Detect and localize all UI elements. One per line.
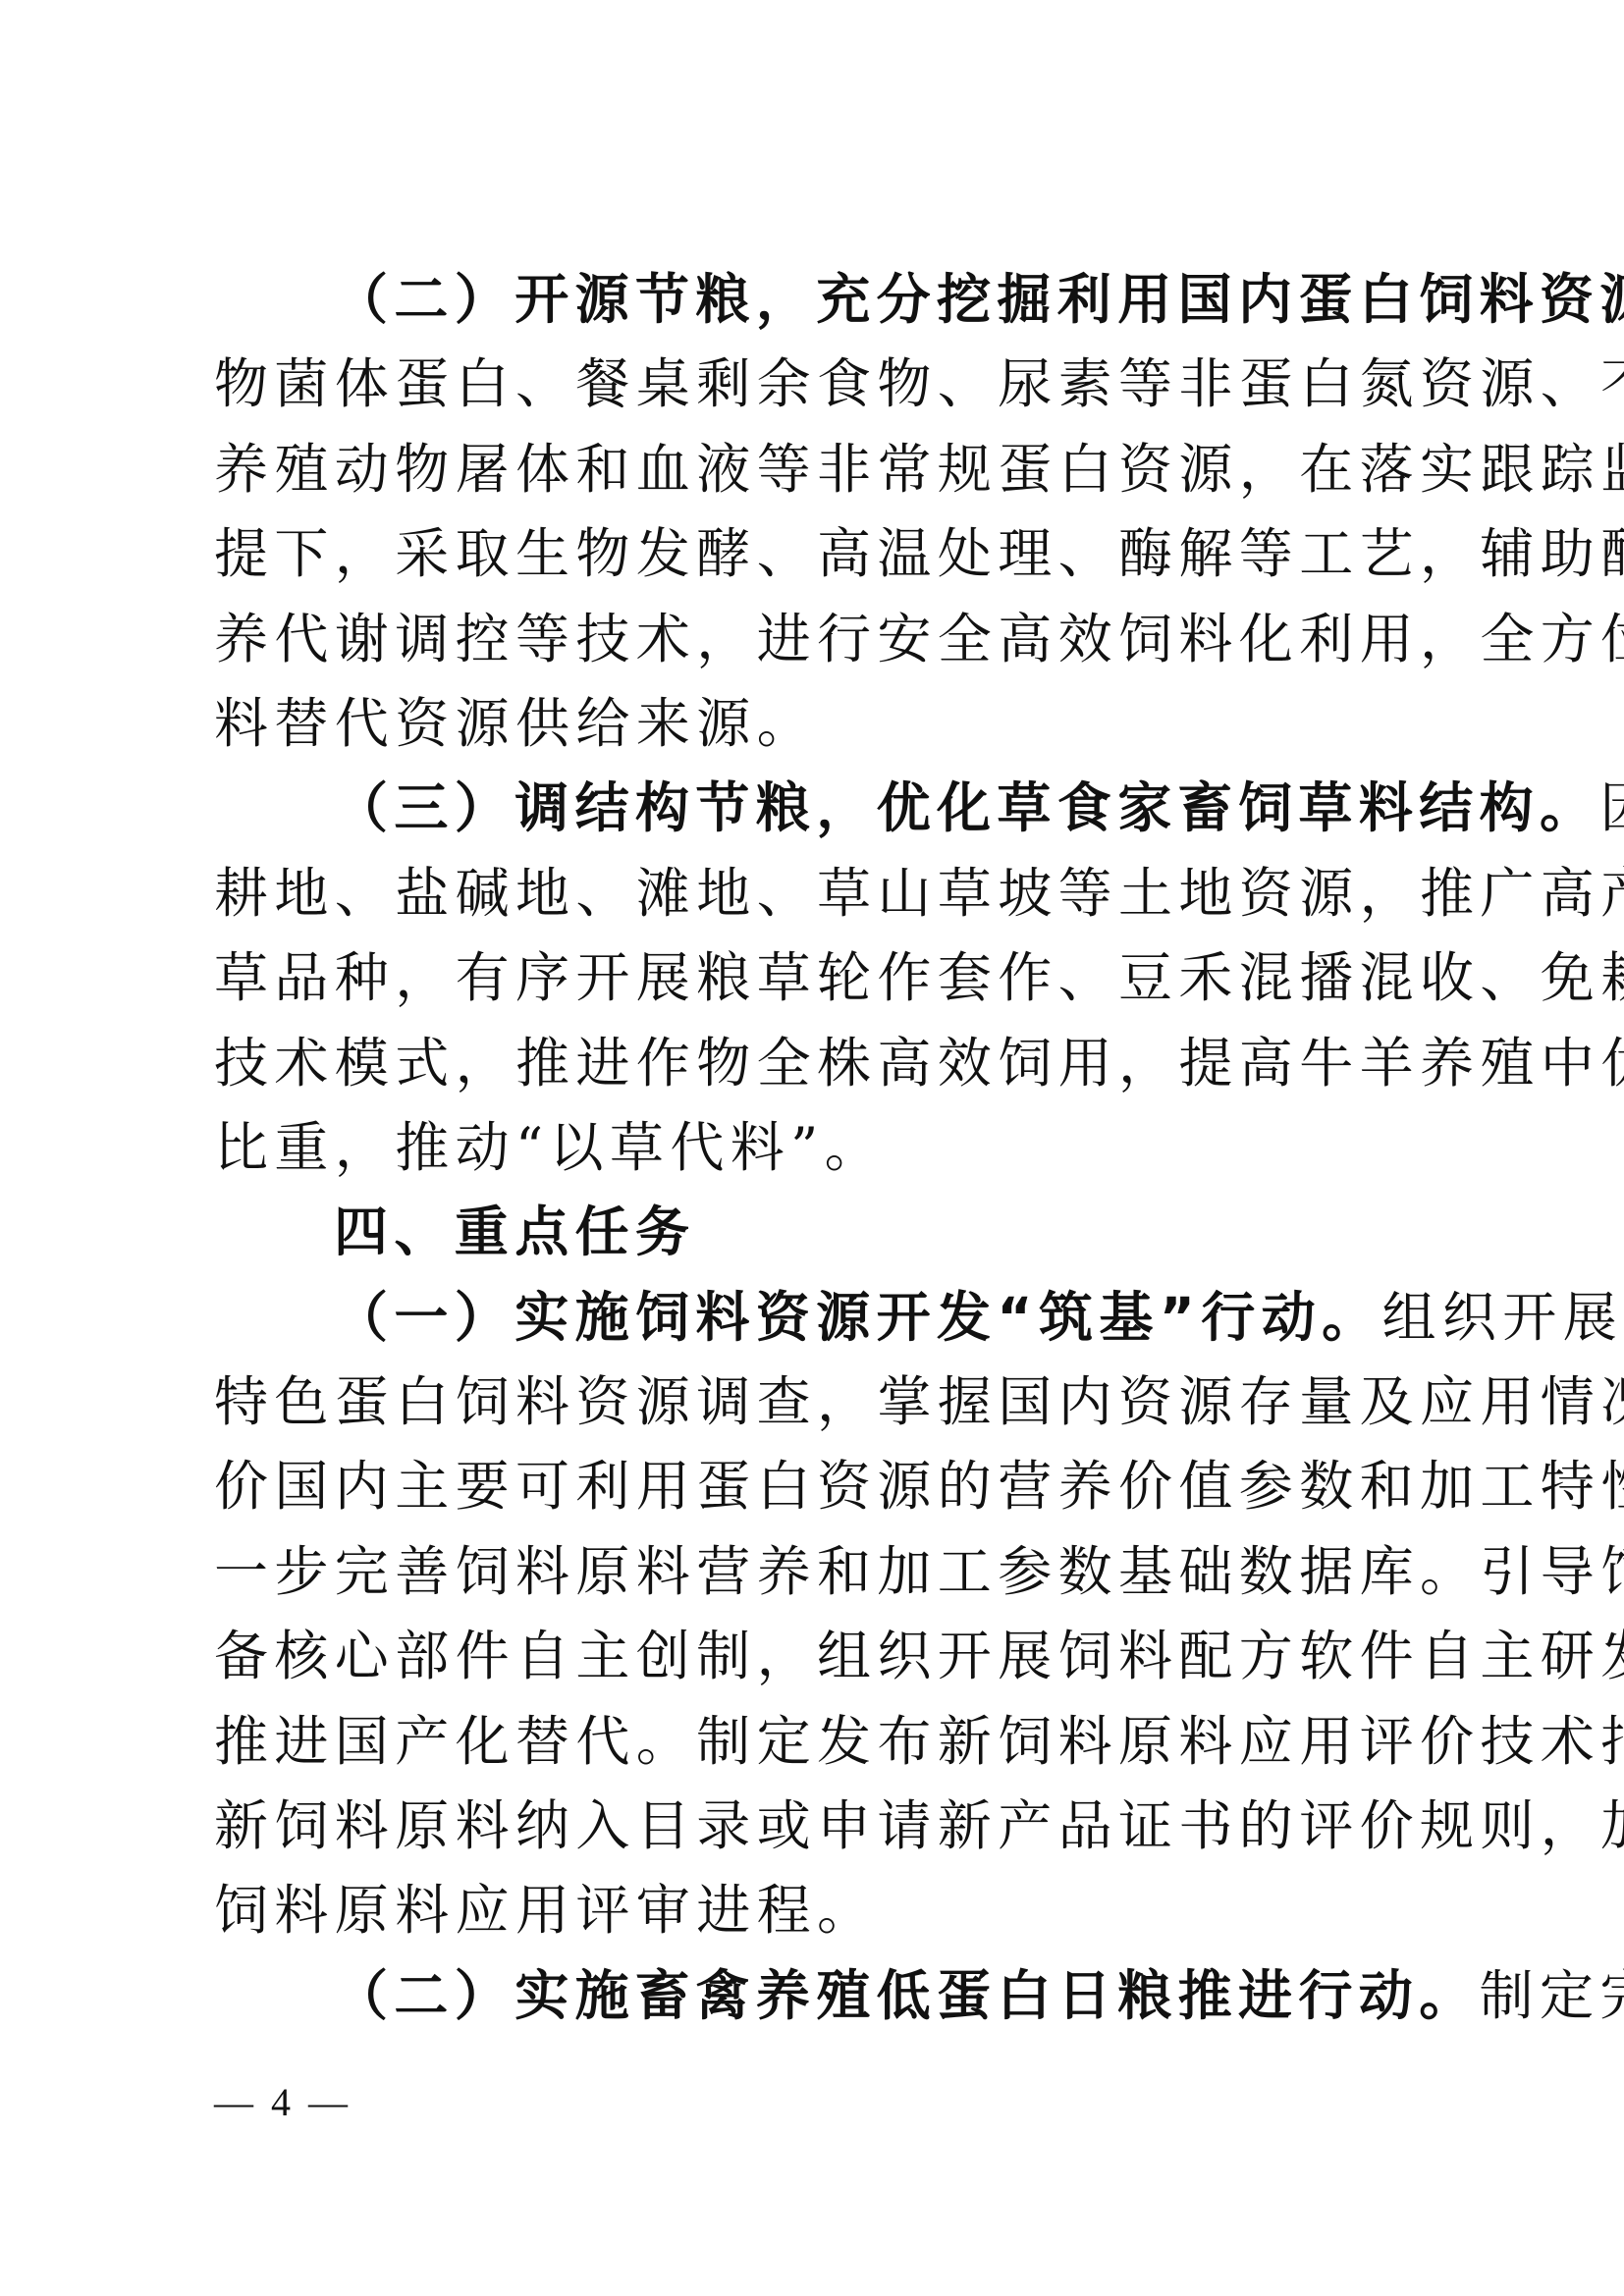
paragraph-line: 养殖动物屠体和血液等非常规蛋白资源，在落实跟踪监测要求前 [214,427,1422,511]
paragraph-line: （三）调结构节粮，优化草食家畜饲草料结构。因地制宜利用 [214,766,1422,850]
paragraph-line: 技术模式，推进作物全株高效饲用，提高牛羊养殖中优质饲草饲喂 [214,1021,1422,1105]
paragraph-line: 饲料原料应用评审进程。 [214,1868,1422,1952]
paragraph-line: 一步完善饲料原料营养和加工参数基础数据库。引导饲料加工设 [214,1529,1422,1614]
paragraph-line: （二）开源节粮，充分挖掘利用国内蛋白饲料资源。挖掘微生 [214,257,1422,342]
paragraph-line: 特色蛋白饲料资源调查，掌握国内资源存量及应用情况。系统评 [214,1360,1422,1444]
paragraph-line: 物菌体蛋白、餐桌剩余食物、尿素等非蛋白氮资源、不适合食用的 [214,342,1422,426]
paragraph-line: 备核心部件自主创制，组织开展饲料配方软件自主研发应用，加快 [214,1614,1422,1698]
paragraph-line: 比重，推动“以草代料”。 [214,1105,1422,1190]
paragraph-line: 推进国产化替代。制定发布新饲料原料应用评价技术指南，优化 [214,1699,1422,1784]
paragraph-line: 新饲料原料纳入目录或申请新产品证书的评价规则，加快新蛋白 [214,1784,1422,1868]
paragraph-line: 价国内主要可利用蛋白资源的营养价值参数和加工特性参数，进 [214,1444,1422,1528]
paragraph-lead: （二）实施畜禽养殖低蛋白日粮推进行动。 [334,1964,1480,2027]
paragraph-line: 耕地、盐碱地、滩地、草山草坡等土地资源，推广高产抗逆高蛋白饲 [214,851,1422,935]
paragraph-line: 草品种，有序开展粮草轮作套作、豆禾混播混收、免耕补播等栽培 [214,935,1422,1020]
paragraph-lead: （二）开源节粮，充分挖掘利用国内蛋白饲料资源。 [334,268,1624,331]
paragraph-lead: （三）调结构节粮，优化草食家畜饲草料结构。 [334,776,1599,839]
paragraph-line: 料替代资源供给来源。 [214,681,1422,766]
paragraph-lead: （一）实施饲料资源开发“筑基”行动。 [334,1286,1382,1349]
document-body: （二）开源节粮，充分挖掘利用国内蛋白饲料资源。挖掘微生 物菌体蛋白、餐桌剩余食物… [214,257,1422,2038]
paragraph-line: 提下，采取生物发酵、高温处理、酶解等工艺，辅助酶制剂提效、营 [214,511,1422,596]
paragraph-line: 养代谢调控等技术，进行安全高效饲料化利用，全方位拓展蛋白饲 [214,597,1422,681]
page-number: — 4 — [214,2079,352,2125]
paragraph-line: （二）实施畜禽养殖低蛋白日粮推进行动。制定完善主要畜 [214,1953,1422,2038]
paragraph-line: （一）实施饲料资源开发“筑基”行动。组织开展国内地源性 [214,1275,1422,1360]
section-heading: 四、重点任务 [214,1190,1422,1274]
